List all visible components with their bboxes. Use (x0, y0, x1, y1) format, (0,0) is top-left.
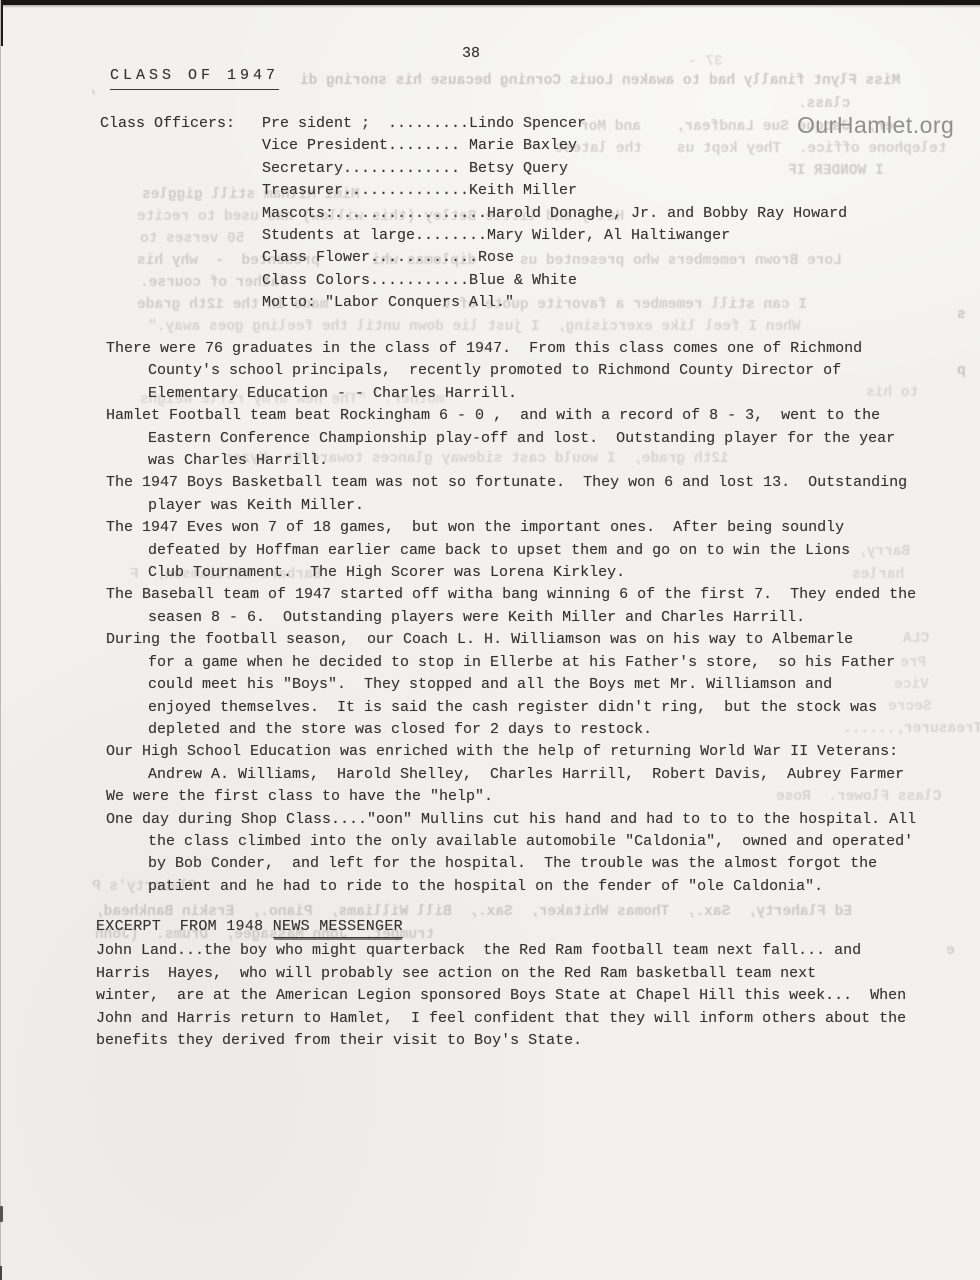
excerpt-text-line: winter, are at the American Legion spons… (96, 985, 956, 1007)
body-text-line: The 1947 Eves won 7 of 18 games, but won… (106, 517, 946, 539)
body-text-line: There were 76 graduates in the class of … (106, 338, 946, 360)
body-text-line: by Bob Conder, and left for the hospital… (106, 853, 946, 875)
body-text-line: patient and he had to ride to the hospit… (106, 876, 946, 898)
body-text-line: could meet his "Boys". They stopped and … (106, 674, 946, 696)
body-text-line: Our High School Education was enriched w… (106, 741, 946, 763)
body-text-line: Hamlet Football team beat Rockingham 6 -… (106, 405, 946, 427)
bleedthrough-text: p (957, 364, 966, 379)
excerpt-heading: EXCERPT FROM 1948 NEWS MESSENGER (96, 916, 956, 938)
excerpt-text-line: benefits they derived from their visit t… (96, 1030, 956, 1052)
officer-row: Mascots:.................Harold Donaghe,… (262, 203, 847, 225)
scan-left-edge (0, 0, 1, 1280)
page-title: CLASS OF 1947 (110, 66, 279, 90)
body-text-line: Eastern Conference Championship play-off… (106, 428, 946, 450)
officer-row: Students at large........Mary Wilder, Al… (262, 225, 847, 247)
body-text-line: depleted and the store was closed for 2 … (106, 719, 946, 741)
body-text-line: was Charles Harrill. (106, 450, 946, 472)
bleedthrough-text: s (957, 308, 966, 323)
bleedthrough-text: class. (798, 97, 850, 112)
bleedthrough-text: When I feel like exercising, I just lie … (148, 320, 801, 335)
officer-row: Pre sident ; .........Lindo Spencer (262, 113, 847, 135)
officers-list: Pre sident ; .........Lindo SpencerVice … (262, 113, 847, 315)
page-number: 38 (462, 44, 480, 64)
excerpt-lines: John Land...the boy who might quarterbac… (96, 940, 956, 1052)
body-text-line: One day during Shop Class...."oon" Mulli… (106, 809, 946, 831)
excerpt-heading-prefix: EXCERPT FROM 1948 (96, 918, 273, 935)
body-text-line: During the football season, our Coach L.… (106, 629, 946, 651)
officer-row: Class Flower............Rose (262, 247, 847, 269)
body-text-line: The 1947 Boys Basketball team was not so… (106, 472, 946, 494)
scan-top-edge-shadow (0, 5, 980, 8)
excerpt-text-line: John Land...the boy who might quarterbac… (96, 940, 956, 962)
excerpt-text-line: Harris Hayes, who will probably see acti… (96, 963, 956, 985)
officer-row: Motto: "Labor Conquers All." (262, 292, 847, 314)
scanned-page: 37 -Miss Flynt finally had to awaken Lou… (0, 0, 980, 1280)
bleedthrough-text: Miss Flynt finally had to awaken Louis C… (300, 74, 900, 89)
body-text-line: The Baseball team of 1947 started off wi… (106, 584, 946, 606)
body-text-line: Andrew A. Williams, Harold Shelley, Char… (106, 764, 946, 786)
body-text-line: defeated by Hoffman earlier came back to… (106, 540, 946, 562)
excerpt-text-line: John and Harris return to Hamlet, I feel… (96, 1008, 956, 1030)
body-text-line: the class climbed into the only availabl… (106, 831, 946, 853)
body-text-line: Elementary Education - - Charles Harrill… (106, 383, 946, 405)
body-text-line: Club Tournament. The High Scorer was Lor… (106, 562, 946, 584)
officers-heading: Class Officers: (100, 113, 235, 135)
bleedthrough-text: 37 - (688, 55, 723, 70)
body-text: There were 76 graduates in the class of … (106, 338, 946, 898)
officer-row: Class Colors...........Blue & White (262, 270, 847, 292)
body-text-line: County's school principals, recently pro… (106, 360, 946, 382)
body-text-line: seasen 8 - 6. Outstanding players were K… (106, 607, 946, 629)
excerpt-section: EXCERPT FROM 1948 NEWS MESSENGER John La… (96, 916, 956, 1052)
bleedthrough-text: 50 verses to (140, 232, 244, 247)
officer-row: Secretary............. Betsy Query (262, 158, 847, 180)
body-text-line: enjoyed themselves. It is said the cash … (106, 697, 946, 719)
scan-bottom-left-corner-mark (0, 1266, 2, 1280)
excerpt-heading-underlined: NEWS MESSENGER (273, 918, 403, 938)
body-text-line: We were the first class to have the "hel… (106, 786, 946, 808)
officer-row: Vice President........ Marie Baxley (262, 135, 847, 157)
scan-left-edge-mark (0, 1206, 3, 1222)
body-text-line: for a game when he decided to stop in El… (106, 652, 946, 674)
body-text-line: player was Keith Miller. (106, 495, 946, 517)
bleedthrough-text: , (88, 82, 97, 97)
officer-row: Treasurer..............Keith Miller (262, 180, 847, 202)
